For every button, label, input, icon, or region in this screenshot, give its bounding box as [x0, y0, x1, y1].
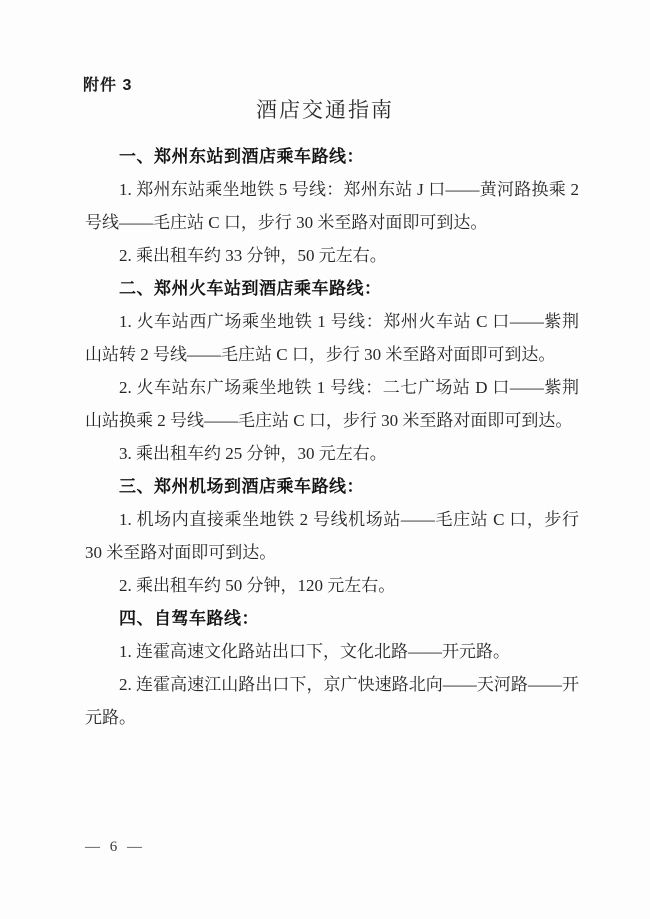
route-item: 1. 机场内直接乘坐地铁 2 号线机场站——毛庄站 C 口，步行 30 米至路对…	[85, 503, 579, 569]
section-heading-airport: 三、郑州机场到酒店乘车路线：	[85, 470, 579, 503]
route-item: 1. 连霍高速文化路站出口下，文化北路——开元路。	[85, 635, 579, 668]
page-number: — 6 —	[85, 839, 145, 856]
attachment-label: 附件 3	[83, 72, 132, 95]
route-item: 1. 郑州东站乘坐地铁 5 号线：郑州东站 J 口——黄河路换乘 2 号线——毛…	[85, 173, 579, 239]
route-item: 2. 乘出租车约 33 分钟，50 元左右。	[85, 239, 579, 272]
section-heading-self-driving: 四、自驾车路线：	[85, 602, 579, 635]
section-heading-east-station: 一、郑州东站到酒店乘车路线：	[85, 140, 579, 173]
document-body: 一、郑州东站到酒店乘车路线： 1. 郑州东站乘坐地铁 5 号线：郑州东站 J 口…	[85, 140, 579, 734]
route-item: 2. 火车站东广场乘坐地铁 1 号线：二七广场站 D 口——紫荆山站换乘 2 号…	[85, 371, 579, 437]
route-item: 1. 火车站西广场乘坐地铁 1 号线：郑州火车站 C 口——紫荆山站转 2 号线…	[85, 305, 579, 371]
route-item: 2. 连霍高速江山路出口下，京广快速路北向——天河路——开元路。	[85, 668, 579, 734]
route-item: 2. 乘出租车约 50 分钟，120 元左右。	[85, 569, 579, 602]
section-heading-railway-station: 二、郑州火车站到酒店乘车路线：	[85, 272, 579, 305]
document-page: 附件 3 酒店交通指南 一、郑州东站到酒店乘车路线： 1. 郑州东站乘坐地铁 5…	[0, 0, 650, 919]
route-item: 3. 乘出租车约 25 分钟，30 元左右。	[85, 437, 579, 470]
document-title: 酒店交通指南	[0, 94, 650, 124]
